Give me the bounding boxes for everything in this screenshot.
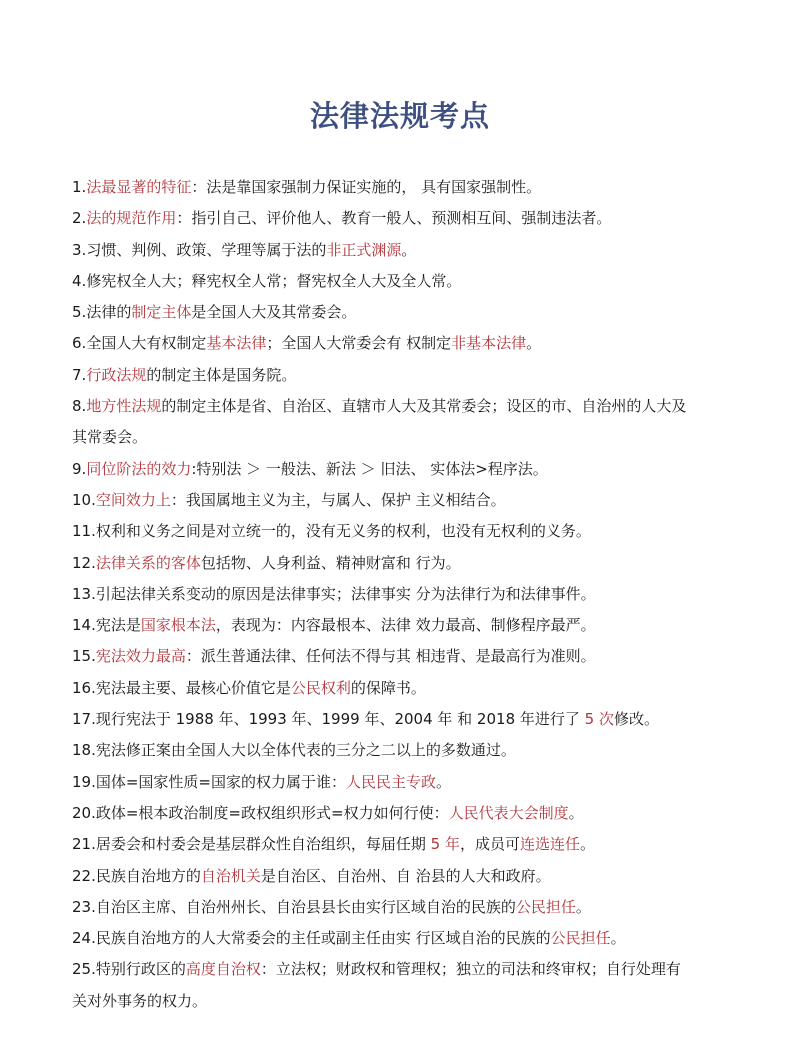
item-text: 关对外事务的权力。 (72, 992, 207, 1010)
list-item: 7.行政法规的制定主体是国务院。 (72, 360, 732, 391)
item-text: 的制定主体是国务院。 (146, 366, 296, 384)
item-continuation-line: 关对外事务的权力。 (72, 986, 732, 1017)
highlighted-term: 基本法律 (206, 334, 266, 352)
list-item: 15.宪法效力最高：派生普通法律、任何法不得与其 相违背、是最高行为准则。 (72, 641, 732, 672)
item-text: 。 (436, 773, 451, 791)
item-text: 。 (611, 929, 626, 947)
highlighted-term: 法的规范作用 (86, 209, 176, 227)
document-page: 法律法规考点 1.法最显著的特征：法是靠国家强制力保证实施的， 具有国家强制性。… (0, 0, 800, 1037)
highlighted-term: 行政法规 (86, 366, 146, 384)
item-line: 1.法最显著的特征：法是靠国家强制力保证实施的， 具有国家强制性。 (72, 178, 541, 196)
item-text: ，表现为：内容最根本、法律 效力最高、制修程序最严。 (216, 616, 596, 634)
item-continuation-line: 其常委会。 (72, 422, 732, 453)
list-item: 22.民族自治地方的自治机关是自治区、自治州、自 治县的人大和政府。 (72, 861, 732, 892)
highlighted-term: 公民担任 (551, 929, 611, 947)
highlighted-term: 制定主体 (131, 303, 191, 321)
item-number: 13. (72, 585, 96, 603)
list-item: 24.民族自治地方的人大常委会的主任或副主任由实 行区域自治的民族的公民担任。 (72, 923, 732, 954)
item-text: 是自治区、自治州、自 治县的人大和政府。 (261, 867, 551, 885)
page-title: 法律法规考点 (0, 96, 800, 136)
highlighted-term: 国家根本法 (141, 616, 216, 634)
item-line: 9.同位阶法的效力:特别法 ＞ 一般法、新法 ＞ 旧法、 实体法>程序法。 (72, 460, 548, 478)
list-item: 14.宪法是国家根本法，表现为：内容最根本、法律 效力最高、制修程序最严。 (72, 610, 732, 641)
highlighted-term: 高度自治权 (186, 960, 261, 978)
list-item: 20.政体=根本政治制度=政权组织形式=权力如何行使：人民代表大会制度。 (72, 798, 732, 829)
item-number: 12. (72, 554, 96, 572)
highlighted-term: 非正式渊源 (326, 241, 401, 259)
item-line: 14.宪法是国家根本法，表现为：内容最根本、法律 效力最高、制修程序最严。 (72, 616, 596, 634)
item-line: 10.空间效力上：我国属地主义为主，与属人、保护 主义相结合。 (72, 491, 506, 509)
item-number: 15. (72, 647, 96, 665)
item-text: :特别法 ＞ 一般法、新法 ＞ 旧法、 实体法>程序法。 (191, 460, 547, 478)
item-text: 全国人大有权制定 (86, 334, 206, 352)
item-number: 14. (72, 616, 96, 634)
list-item: 25.特别行政区的高度自治权：立法权；财政权和管理权；独立的司法和终审权；自行处… (72, 954, 732, 1017)
highlighted-term: 5 次 (585, 710, 614, 728)
item-number: 16. (72, 679, 96, 697)
item-line: 6.全国人大有权制定基本法律；全国人大常委会有 权制定非基本法律。 (72, 334, 541, 352)
item-line: 15.宪法效力最高：派生普通法律、任何法不得与其 相违背、是最高行为准则。 (72, 647, 596, 665)
item-line: 22.民族自治地方的自治机关是自治区、自治州、自 治县的人大和政府。 (72, 867, 551, 885)
item-text: 。 (401, 241, 416, 259)
item-number: 22. (72, 867, 96, 885)
item-text: 现行宪法于 1988 年、1993 年、1999 年、2004 年 和 2018… (96, 710, 585, 728)
item-text: ；全国人大常委会有 权制定 (266, 334, 451, 352)
item-line: 7.行政法规的制定主体是国务院。 (72, 366, 296, 384)
item-text: ：法是靠国家强制力保证实施的， 具有国家强制性。 (191, 178, 541, 196)
item-number: 5. (72, 303, 86, 321)
item-text: 修改。 (614, 710, 659, 728)
item-number: 24. (72, 929, 96, 947)
item-text: ：我国属地主义为主，与属人、保护 主义相结合。 (171, 491, 506, 509)
item-line: 12.法律关系的客体包括物、人身利益、精神财富和 行为。 (72, 554, 461, 572)
item-line: 13.引起法律关系变动的原因是法律事实；法律事实 分为法律行为和法律事件。 (72, 585, 596, 603)
highlighted-term: 非基本法律 (451, 334, 526, 352)
item-number: 4. (72, 272, 86, 290)
list-item: 6.全国人大有权制定基本法律；全国人大常委会有 权制定非基本法律。 (72, 328, 732, 359)
item-text: 特别行政区的 (96, 960, 186, 978)
item-number: 10. (72, 491, 96, 509)
item-line: 24.民族自治地方的人大常委会的主任或副主任由实 行区域自治的民族的公民担任。 (72, 929, 626, 947)
item-number: 7. (72, 366, 86, 384)
item-line: 20.政体=根本政治制度=政权组织形式=权力如何行使：人民代表大会制度。 (72, 804, 584, 822)
item-number: 8. (72, 397, 86, 415)
item-line: 11.权利和义务之间是对立统一的，没有无义务的权利，也没有无权利的义务。 (72, 522, 591, 540)
item-number: 6. (72, 334, 86, 352)
highlighted-term: 人民代表大会制度 (449, 804, 569, 822)
highlighted-term: 公民权利 (291, 679, 351, 697)
item-text: 权利和义务之间是对立统一的，没有无义务的权利，也没有无权利的义务。 (96, 522, 591, 540)
item-number: 20. (72, 804, 96, 822)
key-points-list: 1.法最显著的特征：法是靠国家强制力保证实施的， 具有国家强制性。2.法的规范作… (72, 172, 732, 1017)
highlighted-term: 法最显著的特征 (86, 178, 191, 196)
item-text: 自治区主席、自治州州长、自治县县长由实行区域自治的民族的 (96, 898, 516, 916)
item-number: 18. (72, 741, 96, 759)
list-item: 12.法律关系的客体包括物、人身利益、精神财富和 行为。 (72, 548, 732, 579)
item-line: 23.自治区主席、自治州州长、自治县县长由实行区域自治的民族的公民担任。 (72, 898, 591, 916)
item-text: ：派生普通法律、任何法不得与其 相违背、是最高行为准则。 (186, 647, 596, 665)
highlighted-term: 人民民主专政 (346, 773, 436, 791)
item-text: ：立法权；财政权和管理权；独立的司法和终审权；自行处理有 (261, 960, 681, 978)
list-item: 1.法最显著的特征：法是靠国家强制力保证实施的， 具有国家强制性。 (72, 172, 732, 203)
list-item: 9.同位阶法的效力:特别法 ＞ 一般法、新法 ＞ 旧法、 实体法>程序法。 (72, 454, 732, 485)
item-text: 宪法最主要、最核心价值它是 (96, 679, 291, 697)
item-line: 17.现行宪法于 1988 年、1993 年、1999 年、2004 年 和 2… (72, 710, 659, 728)
item-text: 修宪权全人大；释宪权全人常；督宪权全人大及全人常。 (86, 272, 461, 290)
item-line: 3.习惯、判例、政策、学理等属于法的非正式渊源。 (72, 241, 416, 259)
item-number: 11. (72, 522, 96, 540)
item-number: 21. (72, 835, 96, 853)
list-item: 21.居委会和村委会是基层群众性自治组织，每届任期 5 年，成员可连选连任。 (72, 829, 732, 860)
item-number: 9. (72, 460, 86, 478)
highlighted-term: 连选连任 (520, 835, 580, 853)
highlighted-term: 同位阶法的效力 (86, 460, 191, 478)
item-number: 23. (72, 898, 96, 916)
list-item: 13.引起法律关系变动的原因是法律事实；法律事实 分为法律行为和法律事件。 (72, 579, 732, 610)
item-text: 其常委会。 (72, 428, 147, 446)
highlighted-term: 宪法效力最高 (96, 647, 186, 665)
item-number: 2. (72, 209, 86, 227)
list-item: 4.修宪权全人大；释宪权全人常；督宪权全人大及全人常。 (72, 266, 732, 297)
item-text: 。 (526, 334, 541, 352)
list-item: 18.宪法修正案由全国人大以全体代表的三分之二以上的多数通过。 (72, 735, 732, 766)
list-item: 5.法律的制定主体是全国人大及其常委会。 (72, 297, 732, 328)
item-text: 居委会和村委会是基层群众性自治组织，每届任期 (96, 835, 431, 853)
item-text: 宪法是 (96, 616, 141, 634)
highlighted-term: 5 年 (431, 835, 460, 853)
item-text: ，成员可 (460, 835, 520, 853)
item-text: 是全国人大及其常委会。 (191, 303, 356, 321)
item-line: 2.法的规范作用：指引自己、评价他人、教育一般人、预测相互间、强制违法者。 (72, 209, 611, 227)
item-text: 的保障书。 (351, 679, 426, 697)
item-text: 的制定主体是省、自治区、直辖市人大及其常委会；设区的市、自治州的人大及 (161, 397, 686, 415)
item-number: 1. (72, 178, 86, 196)
item-text: 民族自治地方的人大常委会的主任或副主任由实 行区域自治的民族的 (96, 929, 551, 947)
list-item: 8.地方性法规的制定主体是省、自治区、直辖市人大及其常委会；设区的市、自治州的人… (72, 391, 732, 454)
item-line: 16.宪法最主要、最核心价值它是公民权利的保障书。 (72, 679, 426, 697)
item-number: 3. (72, 241, 86, 259)
item-text: 。 (576, 898, 591, 916)
highlighted-term: 自治机关 (201, 867, 261, 885)
item-text: 政体=根本政治制度=政权组织形式=权力如何行使： (96, 804, 449, 822)
list-item: 17.现行宪法于 1988 年、1993 年、1999 年、2004 年 和 2… (72, 704, 732, 735)
item-text: 引起法律关系变动的原因是法律事实；法律事实 分为法律行为和法律事件。 (96, 585, 596, 603)
item-text: 习惯、判例、政策、学理等属于法的 (86, 241, 326, 259)
item-text: 。 (580, 835, 595, 853)
highlighted-term: 法律关系的客体 (96, 554, 201, 572)
list-item: 16.宪法最主要、最核心价值它是公民权利的保障书。 (72, 673, 732, 704)
list-item: 19.国体=国家性质=国家的权力属于谁：人民民主专政。 (72, 767, 732, 798)
list-item: 11.权利和义务之间是对立统一的，没有无义务的权利，也没有无权利的义务。 (72, 516, 732, 547)
item-number: 19. (72, 773, 96, 791)
item-text: 民族自治地方的 (96, 867, 201, 885)
item-line: 4.修宪权全人大；释宪权全人常；督宪权全人大及全人常。 (72, 272, 461, 290)
list-item: 23.自治区主席、自治州州长、自治县县长由实行区域自治的民族的公民担任。 (72, 892, 732, 923)
highlighted-term: 地方性法规 (86, 397, 161, 415)
item-line: 25.特别行政区的高度自治权：立法权；财政权和管理权；独立的司法和终审权；自行处… (72, 960, 681, 978)
item-line: 21.居委会和村委会是基层群众性自治组织，每届任期 5 年，成员可连选连任。 (72, 835, 595, 853)
item-line: 19.国体=国家性质=国家的权力属于谁：人民民主专政。 (72, 773, 451, 791)
list-item: 10.空间效力上：我国属地主义为主，与属人、保护 主义相结合。 (72, 485, 732, 516)
item-text: 法律的 (86, 303, 131, 321)
list-item: 3.习惯、判例、政策、学理等属于法的非正式渊源。 (72, 235, 732, 266)
item-text: 国体=国家性质=国家的权力属于谁： (96, 773, 346, 791)
item-line: 5.法律的制定主体是全国人大及其常委会。 (72, 303, 356, 321)
item-number: 17. (72, 710, 96, 728)
item-text: ：指引自己、评价他人、教育一般人、预测相互间、强制违法者。 (176, 209, 611, 227)
item-text: 。 (569, 804, 584, 822)
highlighted-term: 公民担任 (516, 898, 576, 916)
item-text: 包括物、人身利益、精神财富和 行为。 (201, 554, 461, 572)
highlighted-term: 空间效力上 (96, 491, 171, 509)
item-line: 8.地方性法规的制定主体是省、自治区、直辖市人大及其常委会；设区的市、自治州的人… (72, 397, 686, 415)
list-item: 2.法的规范作用：指引自己、评价他人、教育一般人、预测相互间、强制违法者。 (72, 203, 732, 234)
item-line: 18.宪法修正案由全国人大以全体代表的三分之二以上的多数通过。 (72, 741, 516, 759)
item-text: 宪法修正案由全国人大以全体代表的三分之二以上的多数通过。 (96, 741, 516, 759)
item-number: 25. (72, 960, 96, 978)
